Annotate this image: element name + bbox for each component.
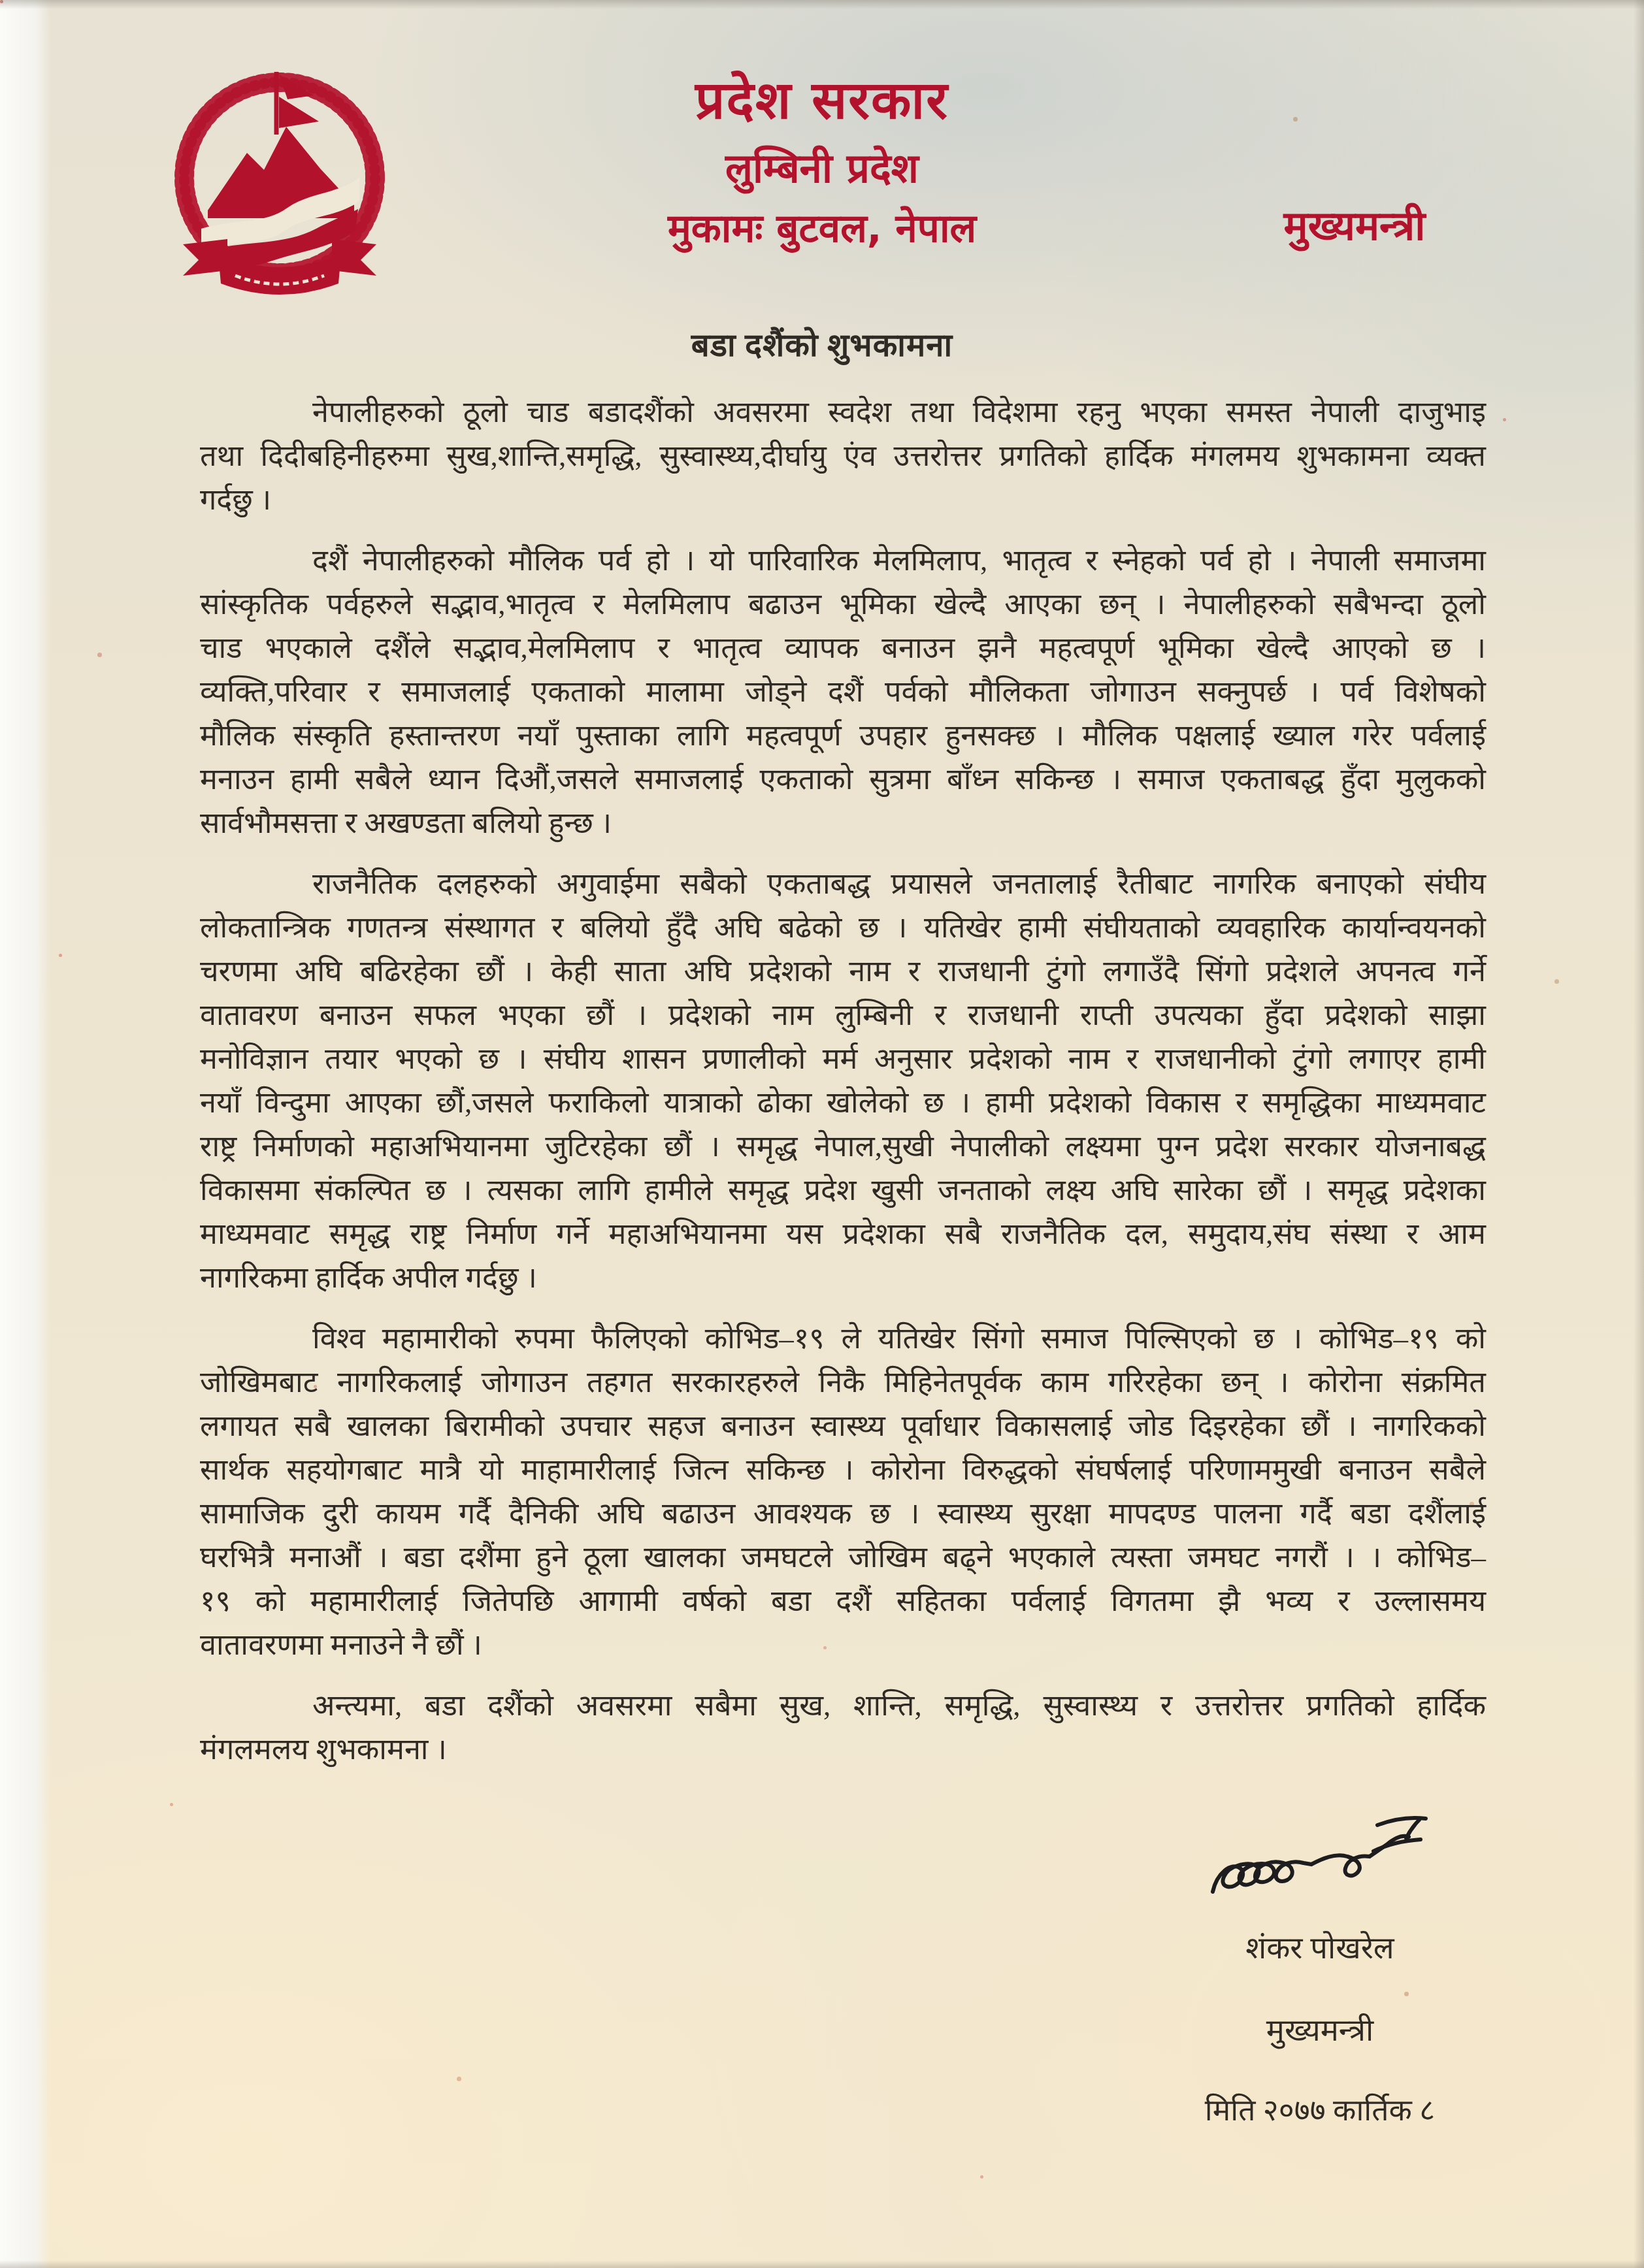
body-line: १९ को महामारीलाई जितेपछि आगामी वर्षको बड…	[200, 1579, 1486, 1623]
letterhead-government: प्रदेश सरकार	[0, 63, 1644, 134]
body-line: नेपालीहरुको ठूलो चाड बडादशैंको अवसरमा स्…	[200, 391, 1486, 434]
letter-page: प्रदेश सरकार लुम्बिनी प्रदेश मुकामः बुटव…	[0, 0, 1644, 2268]
body-line: जोखिमबाट नागरिकलाई जोगाउन तहगत सरकारहरुल…	[200, 1361, 1486, 1404]
body-line: सामाजिक दुरी कायम गर्दै दैनिकी अघि बढाउन…	[200, 1492, 1486, 1536]
letterhead-post: मुख्यमन्त्री	[1234, 197, 1475, 252]
body-line: नागरिकमा हार्दिक अपील गर्दछु ।	[200, 1256, 1486, 1300]
body-line: माध्यमवाट समृद्ध राष्ट्र निर्माण गर्ने म…	[200, 1212, 1486, 1256]
body-line: मंगलमलय शुभकामना ।	[200, 1728, 1486, 1772]
paragraph-4: विश्व महामारीको रुपमा फैलिएको कोभिड–१९ ल…	[200, 1317, 1486, 1667]
letter-title: बडा दशैंको शुभकामना	[0, 323, 1644, 366]
body-line: विश्व महामारीको रुपमा फैलिएको कोभिड–१९ ल…	[200, 1317, 1486, 1361]
handwritten-signature	[1202, 1808, 1438, 1919]
signatory-name: शंकर पोखरेल	[1137, 1926, 1503, 1968]
body-line: राजनैतिक दलहरुको अगुवाईमा सबैको एकताबद्ध…	[200, 862, 1486, 906]
body-line: घरभित्रै मनाऔं । बडा दशैंमा हुने ठूला खा…	[200, 1536, 1486, 1579]
body-line: लगायत सबै खालका बिरामीको उपचार सहज बनाउन…	[200, 1404, 1486, 1448]
body-line: चाड भएकाले दशैंले सद्भाव,मेलमिलाप र भातृ…	[200, 626, 1486, 670]
body-line: वातावरण बनाउन सफल भएका छौं । प्रदेशको ना…	[200, 994, 1486, 1037]
body-line: मौलिक संस्कृति हस्तान्तरण नयाँ पुस्ताका …	[200, 714, 1486, 758]
body-line: तथा दिदीबहिनीहरुमा सुख,शान्ति,समृद्धि, स…	[200, 434, 1486, 478]
paragraph-5: अन्त्यमा, बडा दशैंको अवसरमा सबैमा सुख, श…	[200, 1684, 1486, 1772]
body-line: व्यक्ति,परिवार र समाजलाई एकताको मालामा ज…	[200, 670, 1486, 714]
letterhead-province: लुम्बिनी प्रदेश	[0, 140, 1644, 195]
body-line: राष्ट्र निर्माणको महाअभियानमा जुटिरहेका …	[200, 1125, 1486, 1169]
body-line: सार्वभौमसत्ता र अखण्डता बलियो हुन्छ ।	[200, 802, 1486, 845]
body-line: सांस्कृतिक पर्वहरुले सद्भाव,भातृत्व र मे…	[200, 583, 1486, 626]
letter-body: नेपालीहरुको ठूलो चाड बडादशैंको अवसरमा स्…	[200, 391, 1486, 1789]
body-line: नयाँ विन्दुमा आएका छौं,जसले फराकिलो यात्…	[200, 1081, 1486, 1125]
body-line: मनोविज्ञान तयार भएको छ । संघीय शासन प्रण…	[200, 1037, 1486, 1081]
body-line: अन्त्यमा, बडा दशैंको अवसरमा सबैमा सुख, श…	[200, 1684, 1486, 1728]
scanner-edge-bottom	[0, 2260, 1644, 2268]
scanner-edge-top	[0, 0, 1644, 9]
signature-block: शंकर पोखरेल मुख्यमन्त्री मिति २०७७ कार्त…	[1137, 1808, 1503, 2130]
body-line: सार्थक सहयोगबाट मात्रै यो माहामारीलाई जि…	[200, 1448, 1486, 1492]
body-line: वातावरणमा मनाउने नै छौं ।	[200, 1623, 1486, 1667]
letter-date: मिति २०७७ कार्तिक ८	[1137, 2089, 1503, 2130]
body-line: गर्दछु ।	[200, 478, 1486, 522]
body-line: दशैं नेपालीहरुको मौलिक पर्व हो । यो पारि…	[200, 539, 1486, 583]
paragraph-3: राजनैतिक दलहरुको अगुवाईमा सबैको एकताबद्ध…	[200, 862, 1486, 1300]
body-line: चरणमा अघि बढिरहेका छौं । केही साता अघि प…	[200, 950, 1486, 994]
body-line: मनाउन हामी सबैले ध्यान दिऔं,जसले समाजलाई…	[200, 758, 1486, 802]
paragraph-2: दशैं नेपालीहरुको मौलिक पर्व हो । यो पारि…	[200, 539, 1486, 845]
body-line: लोकतान्त्रिक गणतन्त्र संस्थागत र बलियो ह…	[200, 906, 1486, 950]
signatory-designation: मुख्यमन्त्री	[1137, 2008, 1503, 2050]
paragraph-1: नेपालीहरुको ठूलो चाड बडादशैंको अवसरमा स्…	[200, 391, 1486, 522]
body-line: विकासमा संकल्पित छ । त्यसका लागि हामीले …	[200, 1169, 1486, 1212]
